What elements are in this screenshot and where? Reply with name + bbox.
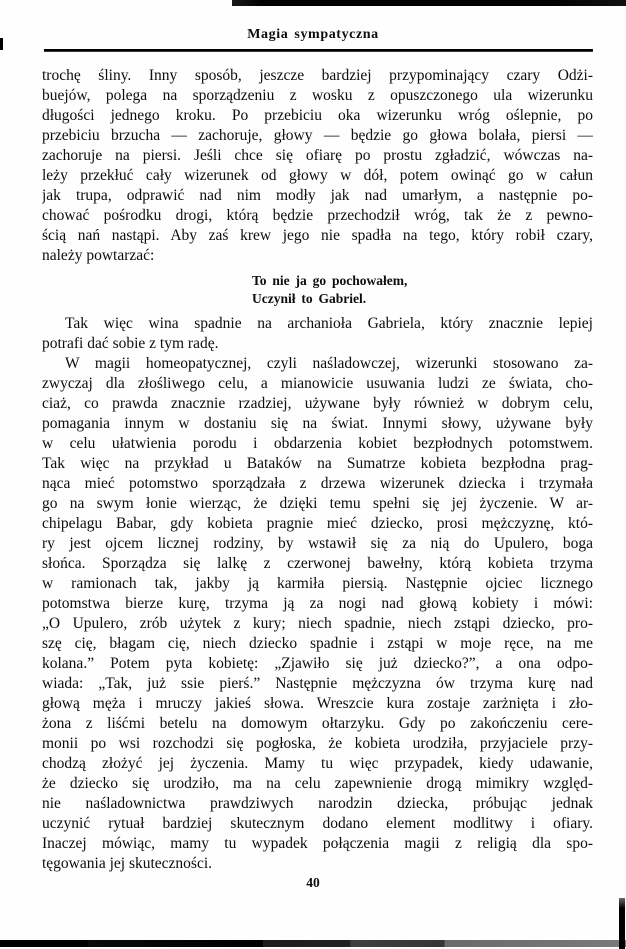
text-line: słońca. Sporządza się lalkę z czerwonej … <box>42 554 593 574</box>
text-line: pomagania innym w dostaniu się na świat.… <box>42 414 593 434</box>
text-line: przebiciu brzucha — zachoruje, głowy — b… <box>42 126 593 146</box>
text-line: kolana.” Potem pyta kobietę: „Zjawiło si… <box>42 654 593 674</box>
paragraph-2: Tak więc wina spadnie na archanioła Gabr… <box>42 314 593 354</box>
text-line: szę cię, błagam cię, niech dziecko spadn… <box>42 634 593 654</box>
text-line: długości jednego kroku. Po przebiciu oka… <box>42 106 593 126</box>
text-line: chować pośrodku drogi, którą będzie prze… <box>42 206 593 226</box>
text-line: Uczynił to Gabriel. <box>252 290 593 308</box>
header-rule <box>44 49 593 52</box>
text-line: To nie ja go pochowałem, <box>252 272 593 290</box>
text-line: „O Upulero, zrób użytek z kury; niech sp… <box>42 614 593 634</box>
scan-artifact-right-mark <box>619 898 625 949</box>
text-line: leży przekłuć cały wizerunek od głowy w … <box>42 166 593 186</box>
text-line: nąca mieć potomstwo sporządzała z drzewa… <box>42 474 593 494</box>
text-line: uczynić rytuał bardziej skutecznym dodan… <box>42 814 593 834</box>
text-line: potrafi dać sobie z tym radę. <box>42 334 593 354</box>
text-line: chipelagu Babar, gdy kobieta pragnie mie… <box>42 514 593 534</box>
text-line: zwyczaj dla złośliwego celu, a mianowici… <box>42 374 593 394</box>
text-line: tęgowania jej skuteczności. <box>42 854 593 874</box>
text-line: potomstwa bierze kurę, trzyma ją za nogi… <box>42 594 593 614</box>
text-line: chodzą złożyć jej życzenia. Mamy tu więc… <box>42 754 593 774</box>
page-number: 40 <box>0 875 626 891</box>
text-line: nie naśladownictwa prawdziwych narodzin … <box>42 794 593 814</box>
text-line: w celu ułatwienia porodu i obdarzenia ko… <box>42 434 593 454</box>
book-page: Magia sympatyczna trochę śliny. Inny spo… <box>0 0 626 949</box>
text-line: że dziecko się urodziło, ma na celu zape… <box>42 774 593 794</box>
scan-artifact-bottom-bar <box>0 940 626 947</box>
verse-quote: To nie ja go pochowałem,Uczynił to Gabri… <box>252 272 593 308</box>
text-line: żona z liśćmi betelu na domowym ołtarzyk… <box>42 714 593 734</box>
text-line: Inaczej mówiąc, mamy tu wypadek połączen… <box>42 834 593 854</box>
text-line: monii po wsi rozchodzi się pogłoska, że … <box>42 734 593 754</box>
text-line: należy powtarzać: <box>42 246 593 266</box>
text-line: ry jest ojcem licznej rodziny, by wstawi… <box>42 534 593 554</box>
running-head-title: Magia sympatyczna <box>0 27 626 43</box>
text-line: w ramionach tak, jakby ją karmiła piersi… <box>42 574 593 594</box>
text-line: ścią nań nastąpi. Aby zaś krew jego nie … <box>42 226 593 246</box>
text-line: wiada: „Tak, już ssie pierś.” Następnie … <box>42 674 593 694</box>
text-line: go na swym łonie wierząc, że dzięki temu… <box>42 494 593 514</box>
text-line: buejów, polega na sporządzeniu z wosku z… <box>42 86 593 106</box>
text-line: jak trupa, odprawić nad nim modły jak na… <box>42 186 593 206</box>
text-line: zachoruje na piersi. Jeśli chce się ofia… <box>42 146 593 166</box>
text-line: głową męża i mruczy jakieś słowa. Wreszc… <box>42 694 593 714</box>
text-line: trochę śliny. Inny sposób, jeszcze bardz… <box>42 66 593 86</box>
text-line: ciaż, co prawda znacznie rzadziej, używa… <box>42 394 593 414</box>
text-column: trochę śliny. Inny sposób, jeszcze bardz… <box>42 66 593 874</box>
scan-artifact-top-bar <box>232 0 626 6</box>
text-line: Tak więc na przykład u Bataków na Sumatr… <box>42 454 593 474</box>
text-line: Tak więc wina spadnie na archanioła Gabr… <box>42 314 593 334</box>
text-line: W magii homeopatycznej, czyli naśladowcz… <box>42 354 593 374</box>
paragraph-3: W magii homeopatycznej, czyli naśladowcz… <box>42 354 593 874</box>
paragraph-1: trochę śliny. Inny sposób, jeszcze bardz… <box>42 66 593 266</box>
